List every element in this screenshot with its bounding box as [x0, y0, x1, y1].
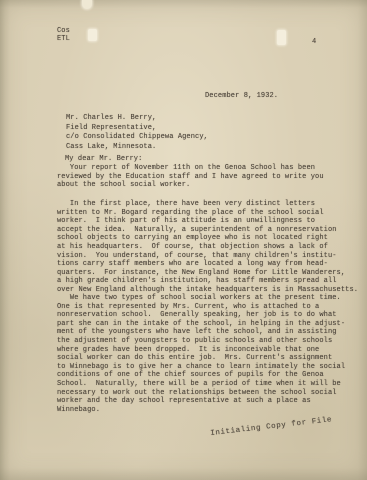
page-number: 4	[312, 38, 316, 47]
file-stamp: Initialing Copy for File	[210, 416, 333, 438]
letter-page: Cos ETL 4 December 8, 1932. Mr. Charles …	[0, 0, 367, 480]
salutation: My dear Mr. Berry:	[65, 155, 142, 164]
correction-spot-left	[88, 29, 97, 41]
recipient-address: Mr. Charles H. Berry, Field Representati…	[66, 114, 208, 152]
body-paragraph-2: In the first place, there have been very…	[57, 200, 358, 295]
date-line: December 8, 1932.	[205, 92, 278, 101]
file-code: Cos ETL	[57, 27, 70, 44]
correction-spot-right	[277, 30, 286, 45]
body-paragraph-3: We have two types of school social worke…	[57, 294, 345, 414]
paper-notch-top	[82, 0, 92, 9]
body-paragraph-1: Your report of November 11th on the Geno…	[57, 164, 324, 190]
